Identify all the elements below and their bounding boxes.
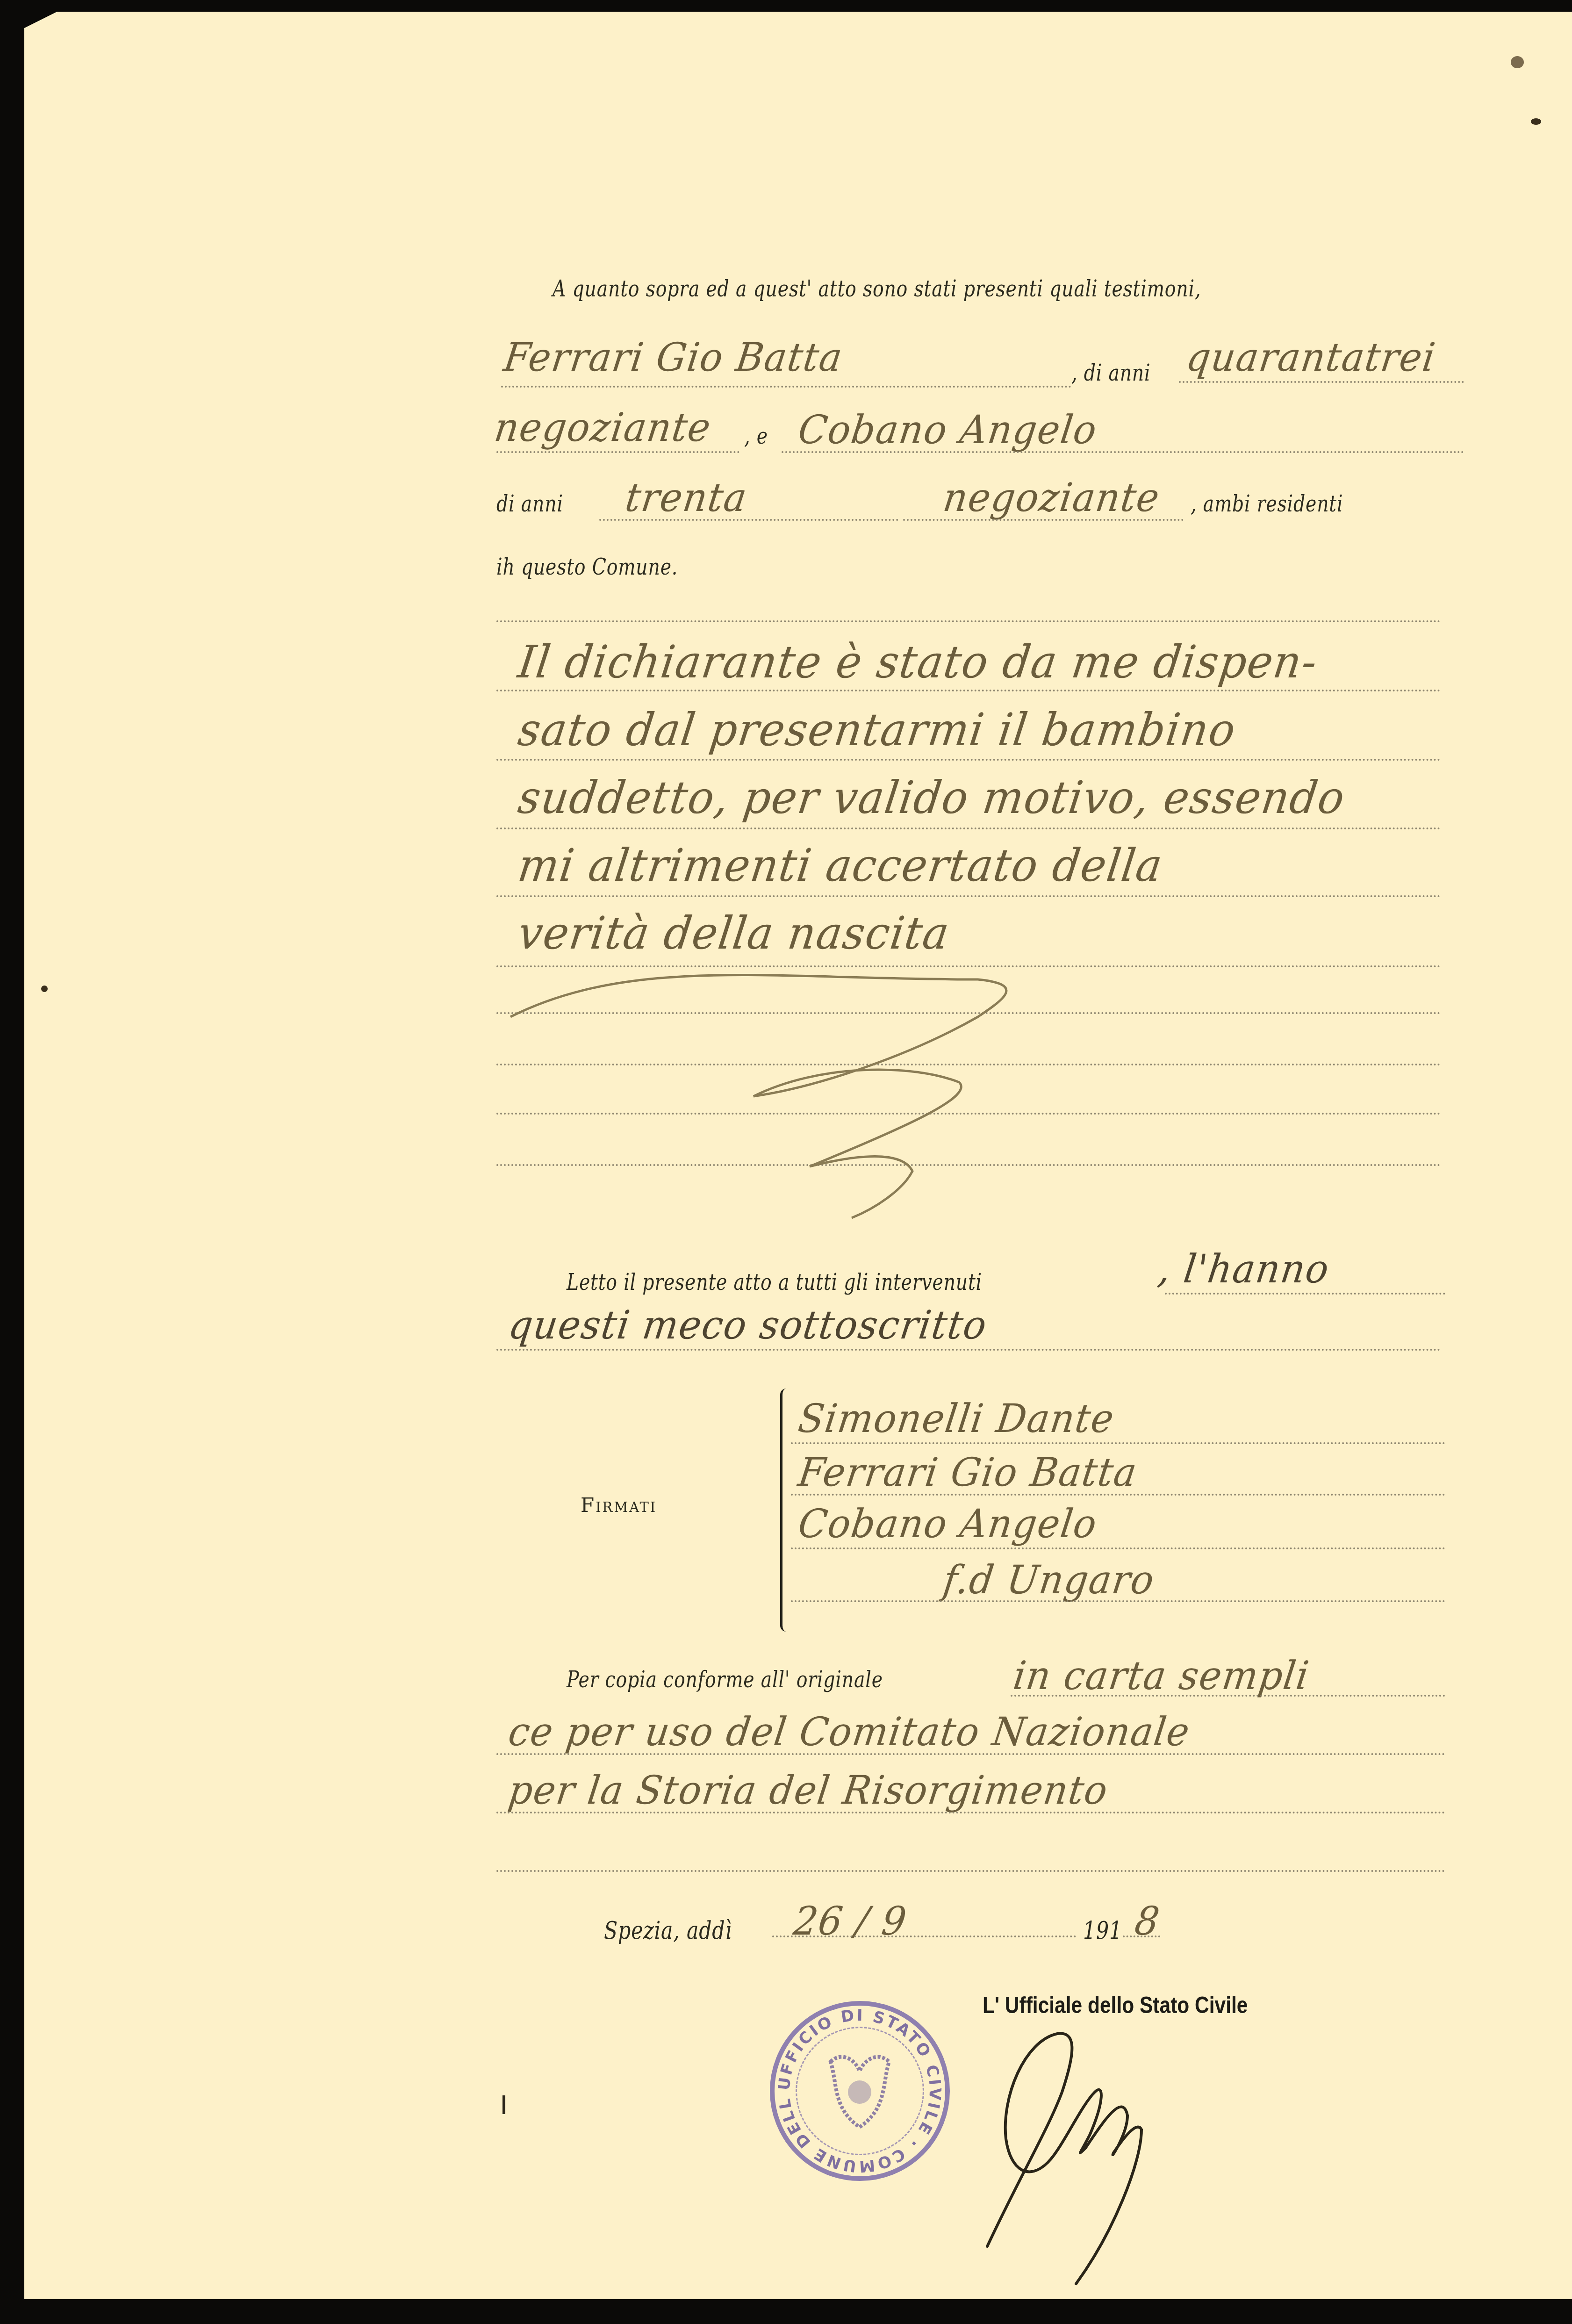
reading-handwritten-1: , l'hanno <box>1156 1246 1332 1292</box>
paper-stain <box>41 986 48 992</box>
document-page: A quanto sopra ed a quest' atto sono sta… <box>24 12 1572 2299</box>
rule-signature-2 <box>791 1494 1445 1496</box>
signature-name-2: Ferrari Gio Batta <box>796 1449 1140 1495</box>
reading-handwritten-2: questi meco sottoscritto <box>506 1302 990 1348</box>
rule-signature-3 <box>791 1547 1445 1549</box>
rule-copy-4 <box>496 1870 1445 1872</box>
signature-name-1: Simonelli Dante <box>796 1396 1117 1441</box>
copy-printed: Per copia conforme all' originale <box>567 1667 883 1693</box>
stamp-emblem-icon: UFFICIO DI STATO CIVILE · COMUNE DELLA S… <box>775 2006 945 2176</box>
signatures-brace <box>780 1389 786 1632</box>
officer-signature <box>983 2022 1310 2293</box>
signatures-label: Firmati <box>581 1494 657 1517</box>
rule-signature-4 <box>791 1600 1445 1602</box>
rule-year <box>1123 1935 1160 1937</box>
officer-title: L' Ufficiale dello Stato Civile <box>983 1992 1248 2019</box>
date-place: Spezia, addì <box>604 1917 732 1945</box>
rule-reading-2 <box>496 1349 1441 1351</box>
signature-name-4: f.d Ungaro <box>940 1557 1157 1603</box>
rule-copy-1 <box>1011 1695 1445 1697</box>
paper-stain <box>1531 118 1541 125</box>
reading-printed: Letto il presente atto a tutti gli inter… <box>567 1269 982 1295</box>
copy-handwritten-2: ce per uso del Comitato Nazionale <box>506 1709 1193 1755</box>
rule-reading-1 <box>1165 1293 1445 1295</box>
signature-name-3: Cobano Angelo <box>796 1501 1100 1547</box>
paper-stain <box>1511 56 1524 68</box>
copy-handwritten-1: in carta sempli <box>1011 1653 1312 1698</box>
rule-copy-2 <box>496 1753 1445 1755</box>
cancellation-stroke <box>24 12 1572 2299</box>
rule-signature-1 <box>791 1442 1445 1444</box>
official-stamp: UFFICIO DI STATO CIVILE · COMUNE DELLA S… <box>770 2001 950 2181</box>
ink-mark <box>502 2095 505 2114</box>
date-year-prefix: 191 <box>1083 1917 1122 1945</box>
rule-copy-3 <box>496 1812 1445 1813</box>
copy-handwritten-3: per la Storia del Risorgimento <box>506 1767 1111 1813</box>
rule-date <box>772 1935 1076 1937</box>
